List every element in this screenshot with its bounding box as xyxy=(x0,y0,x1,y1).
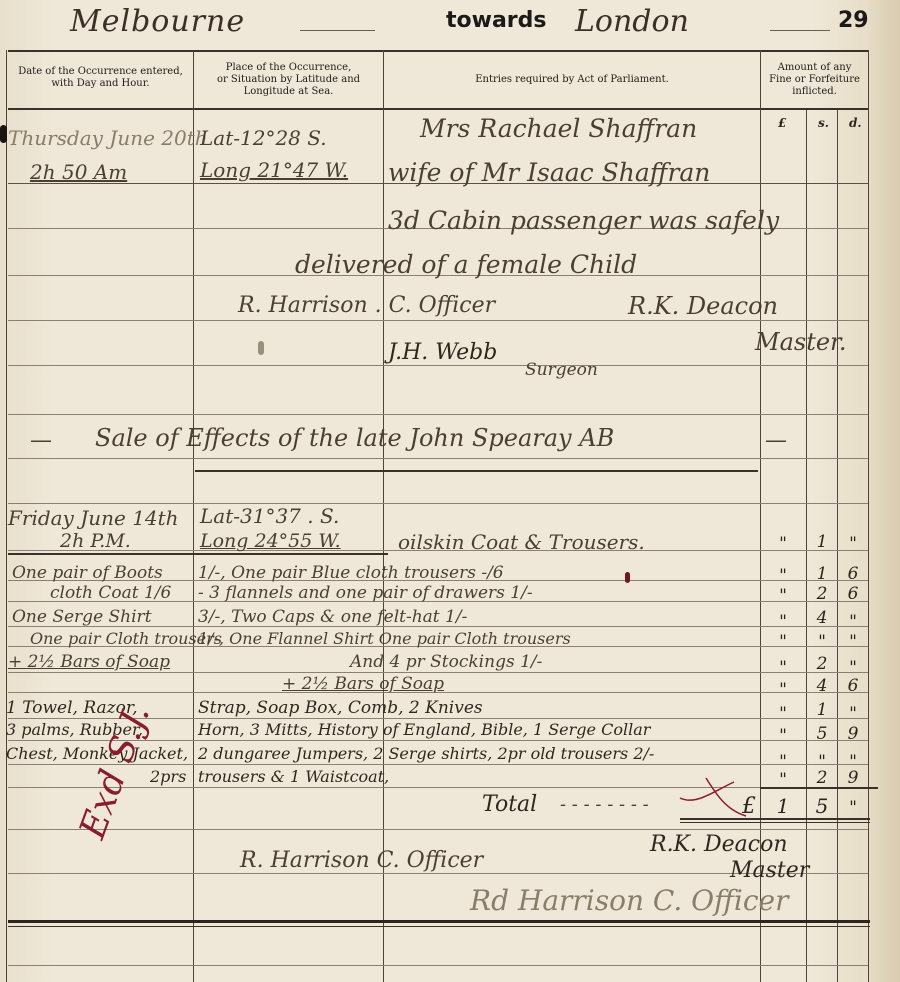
pounds-symbol: £ xyxy=(778,116,786,130)
sale-item-text: Strap, Soap Box, Comb, 2 Knives xyxy=(198,698,483,718)
birth-date: Thursday June 20th xyxy=(8,126,208,150)
sale-date-underline xyxy=(8,553,388,555)
sale-item-text: 2 dungaree Jumpers, 2 Serge shirts, 2pr … xyxy=(198,744,654,763)
amount-pounds: " xyxy=(768,566,798,586)
sale-signature-officer-2: Rd Harrison C. Officer xyxy=(470,884,789,917)
sale-signature-master: R.K. Deacon xyxy=(650,832,788,857)
amount-shillings: 4 xyxy=(807,676,837,696)
heading-underline xyxy=(195,470,758,472)
amount-shillings: 2 xyxy=(807,654,837,674)
ink-blot xyxy=(0,125,7,143)
amount-pounds: " xyxy=(768,658,798,678)
ink-blot xyxy=(625,572,630,583)
sale-item-text: oilskin Coat & Trousers. xyxy=(398,530,645,554)
col-header-place: Place of the Occurrence, or Situation by… xyxy=(194,62,383,98)
amount-pounds: " xyxy=(768,726,798,746)
header-bottom-rule xyxy=(8,108,868,110)
col-line xyxy=(6,50,7,982)
sale-item-text: One Serge Shirt xyxy=(12,607,152,627)
amount-pounds: " xyxy=(768,586,798,606)
shillings-symbol: s. xyxy=(818,116,829,130)
amount-shillings: 4 xyxy=(807,608,837,628)
birth-signature-surgeon: J.H. Webb xyxy=(388,340,497,365)
amount-shillings: 1 xyxy=(807,700,837,720)
sale-item-text: - 3 flannels and one pair of drawers 1/- xyxy=(198,583,533,603)
col-line xyxy=(383,50,384,982)
row-rule xyxy=(8,965,868,966)
total-rule xyxy=(680,822,870,823)
amount-shillings: 2 xyxy=(807,584,837,604)
row-rule xyxy=(8,320,868,321)
sale-item-text: + 2½ Bars of Soap xyxy=(282,674,444,694)
sale-item-text: 2prs xyxy=(150,767,186,786)
sale-item-text: cloth Coat 1/6 xyxy=(50,583,171,603)
birth-signature-master: R.K. Deacon xyxy=(628,292,778,320)
sale-time: 2h P.M. xyxy=(60,530,131,552)
total-leader: - - - - - - - - xyxy=(560,794,649,815)
row-rule xyxy=(8,672,868,673)
amount-pounds: " xyxy=(768,704,798,724)
sale-heading-dash: — xyxy=(765,428,787,453)
to-port: London xyxy=(575,4,689,39)
amount-pounds: " xyxy=(768,752,798,772)
amount-shillings: 5 xyxy=(807,724,837,744)
amount-pence: " xyxy=(838,632,868,652)
total-label: Total xyxy=(482,792,537,817)
amount-shillings: 2 xyxy=(807,768,837,788)
sale-heading: Sale of Effects of the late John Spearay… xyxy=(95,424,614,452)
birth-line-1: Mrs Rachael Shaffran xyxy=(420,114,697,143)
col-header-text: Date of the Occurrence entered, xyxy=(8,66,193,78)
amount-pounds: " xyxy=(768,612,798,632)
amount-pence: 9 xyxy=(838,768,868,788)
ink-blot xyxy=(258,341,264,355)
entry-end-rule xyxy=(8,926,870,927)
total-pounds: 1 xyxy=(768,794,798,818)
row-rule xyxy=(8,503,868,504)
amount-pounds: " xyxy=(768,632,798,652)
col-header-text: Entries required by Act of Parliament. xyxy=(384,74,760,86)
pence-symbol: d. xyxy=(849,116,862,130)
total-pence: " xyxy=(838,798,868,818)
col-header-text: inflicted. xyxy=(761,86,868,98)
red-check-icon xyxy=(676,770,756,820)
birth-latitude: Lat-12°28 S. xyxy=(200,126,327,150)
col-header-text: or Situation by Latitude and xyxy=(194,74,383,86)
page-number: 29 xyxy=(838,8,869,33)
birth-line-2: wife of Mr Isaac Shaffran xyxy=(388,158,710,187)
title-dash xyxy=(300,30,375,31)
row-rule xyxy=(8,458,868,459)
sale-item-text: One pair Cloth trousers xyxy=(30,629,222,648)
col-header-text: Place of the Occurrence, xyxy=(194,62,383,74)
amount-pence: " xyxy=(838,704,868,724)
amount-pounds: " xyxy=(768,534,798,554)
row-rule xyxy=(8,365,868,366)
title-dash xyxy=(770,30,830,31)
col-header-date: Date of the Occurrence entered, with Day… xyxy=(8,66,193,90)
amount-shillings: 1 xyxy=(807,532,837,552)
row-rule xyxy=(8,829,868,830)
sale-item-text: 1/-, One Flannel Shirt One pair Cloth tr… xyxy=(198,629,571,648)
sale-longitude: Long 24°55 W. xyxy=(200,530,341,552)
row-rule xyxy=(8,414,868,415)
col-header-amount: Amount of any Fine or Forfeiture inflict… xyxy=(761,62,868,98)
sale-item-text: One pair of Boots xyxy=(12,563,163,583)
birth-signature-master-title: Master. xyxy=(755,328,847,356)
birth-longitude: Long 21°47 W. xyxy=(200,158,348,182)
sale-item-text: trousers & 1 Waistcoat, xyxy=(198,767,389,786)
sale-latitude: Lat-31°37 . S. xyxy=(200,504,339,528)
table-top-rule xyxy=(8,50,868,52)
amount-pence: " xyxy=(838,534,868,554)
amount-pounds: " xyxy=(768,680,798,700)
amount-pence: 6 xyxy=(838,676,868,696)
col-header-entries: Entries required by Act of Parliament. xyxy=(384,74,760,86)
col-header-text: Amount of any xyxy=(761,62,868,74)
sale-signature-master-title: Master xyxy=(730,858,809,883)
amount-shillings: 1 xyxy=(807,564,837,584)
col-line xyxy=(193,50,194,982)
amount-pence: 6 xyxy=(838,584,868,604)
sale-signature-officer: R. Harrison C. Officer xyxy=(240,848,483,873)
sale-date: Friday June 14th xyxy=(8,506,179,530)
amount-shillings: " xyxy=(807,632,837,652)
col-header-text: Longitude at Sea. xyxy=(194,86,383,98)
birth-signature-officer: R. Harrison . C. Officer xyxy=(238,293,495,318)
birth-signature-surgeon-title: Surgeon xyxy=(525,360,598,380)
birth-line-4: delivered of a female Child xyxy=(295,250,637,279)
col-line xyxy=(868,50,869,982)
sale-item-text: 3/-, Two Caps & one felt-hat 1/- xyxy=(198,607,467,627)
amount-pounds: " xyxy=(768,770,798,790)
sale-item-text: Horn, 3 Mitts, History of England, Bible… xyxy=(198,720,650,739)
log-page: Melbourne towards London 29 Date of the … xyxy=(0,0,900,982)
entry-end-rule xyxy=(8,920,870,923)
from-port: Melbourne xyxy=(70,4,245,39)
sale-item-text: + 2½ Bars of Soap xyxy=(8,652,170,672)
birth-time: 2h 50 Am xyxy=(30,160,127,184)
col-header-text: Fine or Forfeiture xyxy=(761,74,868,86)
sale-item-text: And 4 pr Stockings 1/- xyxy=(350,652,542,672)
amount-pence: " xyxy=(838,612,868,632)
amount-pence: 9 xyxy=(838,724,868,744)
birth-line-3: 3d Cabin passenger was safely xyxy=(388,206,779,235)
amount-pence: 6 xyxy=(838,564,868,584)
total-shillings: 5 xyxy=(807,794,837,818)
sale-heading-dash: — xyxy=(30,428,52,453)
col-header-text: with Day and Hour. xyxy=(8,78,193,90)
page-edge xyxy=(868,0,900,982)
towards-label: towards xyxy=(446,8,547,33)
amount-pence: " xyxy=(838,658,868,678)
sale-item-text: 1/-, One pair Blue cloth trousers -/6 xyxy=(198,563,504,583)
